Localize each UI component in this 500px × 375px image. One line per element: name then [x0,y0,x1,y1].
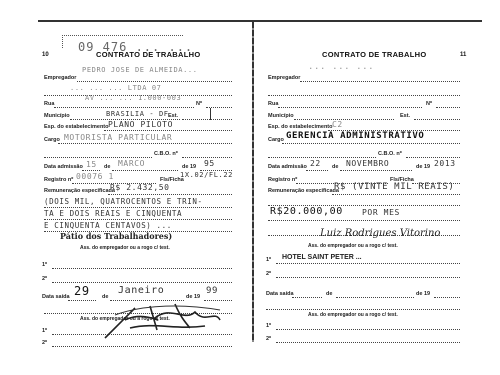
city-value: BRASILIA - DF [106,110,169,118]
number-label: Nº [426,101,432,107]
company-stamp: Pátio dos Trabalhadores) [60,231,172,241]
exit-year-prefix-label: de 19 [416,291,430,297]
establishment-label: Esp. do estabelecimento [268,124,333,130]
page-number: 10 [42,52,49,58]
state-label: Est. [168,113,178,119]
admission-day-value: 22 [310,159,321,168]
witness2-label: 2º [266,271,271,277]
street-value: AV ... ... 1.000-003 [85,94,181,102]
remuneration-amount-value: R$20.000,00 [270,206,343,217]
admission-year-value: 2013 [434,159,456,168]
cbo-label: C.B.O. nº [378,151,402,157]
role-value: MOTORISTA PARTICULAR [64,133,172,142]
establishment-value: PLANO PILOTO [108,120,173,129]
admission-date-label: Data admissão [268,164,307,170]
witness1-label: 1º [42,262,47,268]
employer-label: Empregador [44,75,76,81]
employer-signature-label: Ass. do empregador ou a rogo c/ test. [308,243,398,249]
employer-value: ... ... ... [308,62,374,72]
role-value: GERENCIA ADMINISTRATIVO [286,131,424,141]
page-title: CONTRATO DE TRABALHO [96,50,200,59]
number-label: Nº [196,101,202,107]
city-label: Município [268,113,294,119]
remuneration-words-line3: E CINQUENTA CENTAVOS) ... [44,221,172,230]
employer-value: PEDRO JOSE DE ALMEIDA... [82,66,198,74]
exit-date-label: Data saída [266,291,294,297]
sheet-value: 1X.02/FL.22 [180,171,233,179]
top-border [250,20,482,22]
mark [210,108,211,120]
admission-month-value: NOVEMBRO [346,159,389,168]
exit-witness1-label: 1º [266,323,271,329]
employer-line2-value: ... ... ... LTDA 07 [70,84,161,92]
state-label: Est. [400,113,410,119]
employer-signature: Luiz Rodrigues Vitorino [320,228,440,239]
remuneration-value: R$ (VINTE MIL REAIS) [334,182,454,192]
of-label: de [104,164,110,170]
remuneration-words-line1: (DOIS MIL, QUATROCENTOS E TRIN- [44,197,203,206]
exit-year-value: 99 [206,286,218,296]
admission-day-value: 15 [86,160,97,169]
remuneration-label: Remuneração especificada [268,188,339,194]
exit-date-label: Data saída [42,294,70,300]
exit-witness2-label: 2º [266,336,271,342]
left-page: 09 476 ... ... 10 CONTRATO DE TRABALHO E… [0,0,250,375]
witness1-value: HOTEL SAINT PETER ... [282,254,362,261]
page-title: CONTRATO DE TRABALHO [322,50,426,59]
remuneration-words-line2: TA E DOIS REAIS E CINQUENTA [44,209,182,218]
registry-value: 00076 1 [76,172,114,181]
exit-witness2-label: 2º [42,340,47,346]
establishment-label: Esp. do estabelecimento [44,124,109,130]
establishment-value: C2 [332,120,343,129]
city-label: Município [44,113,70,119]
remuneration-label: Remuneração especificada [44,188,115,194]
exit-of-label: de [326,291,332,297]
remuneration-period-value: POR MES [362,208,400,217]
employer-signature-label: Ass. do empregador ou a rogo c/ test. [80,245,170,251]
admission-date-label: Data admissão [44,164,83,170]
cbo-label: C.B.O. nº [154,151,178,157]
exit-month-value: Janeiro [118,285,164,296]
registry-label: Registro nº [268,177,297,183]
of-label: de [332,164,338,170]
street-label: Rua [268,101,278,107]
exit-day-value: 29 [74,284,90,298]
right-page: CONTRATO DE TRABALHO 11 ... ... ... Empr… [250,0,500,375]
admission-month-value: MARCO [118,159,145,168]
admission-year-value: 95 [204,159,215,168]
year-prefix-label: de 19 [416,164,430,170]
witness1-label: 1º [266,257,271,263]
year-prefix-label: de 19 [182,164,196,170]
exit-witness1-label: 1º [42,328,47,334]
top-border [38,20,250,22]
remuneration-value: R$ 2.432,50 [110,183,170,192]
registry-label: Registro nº [44,177,73,183]
exit-employer-signature-label: Ass. do empregador ou a rogo c/ test. [80,316,170,322]
witness2-label: 2º [42,276,47,282]
exit-employer-signature-label: Ass. do empregador ou a rogo c/ test. [308,312,398,318]
employer-label: Empregador [268,75,300,81]
page-number: 11 [460,52,466,58]
street-label: Rua [44,101,54,107]
